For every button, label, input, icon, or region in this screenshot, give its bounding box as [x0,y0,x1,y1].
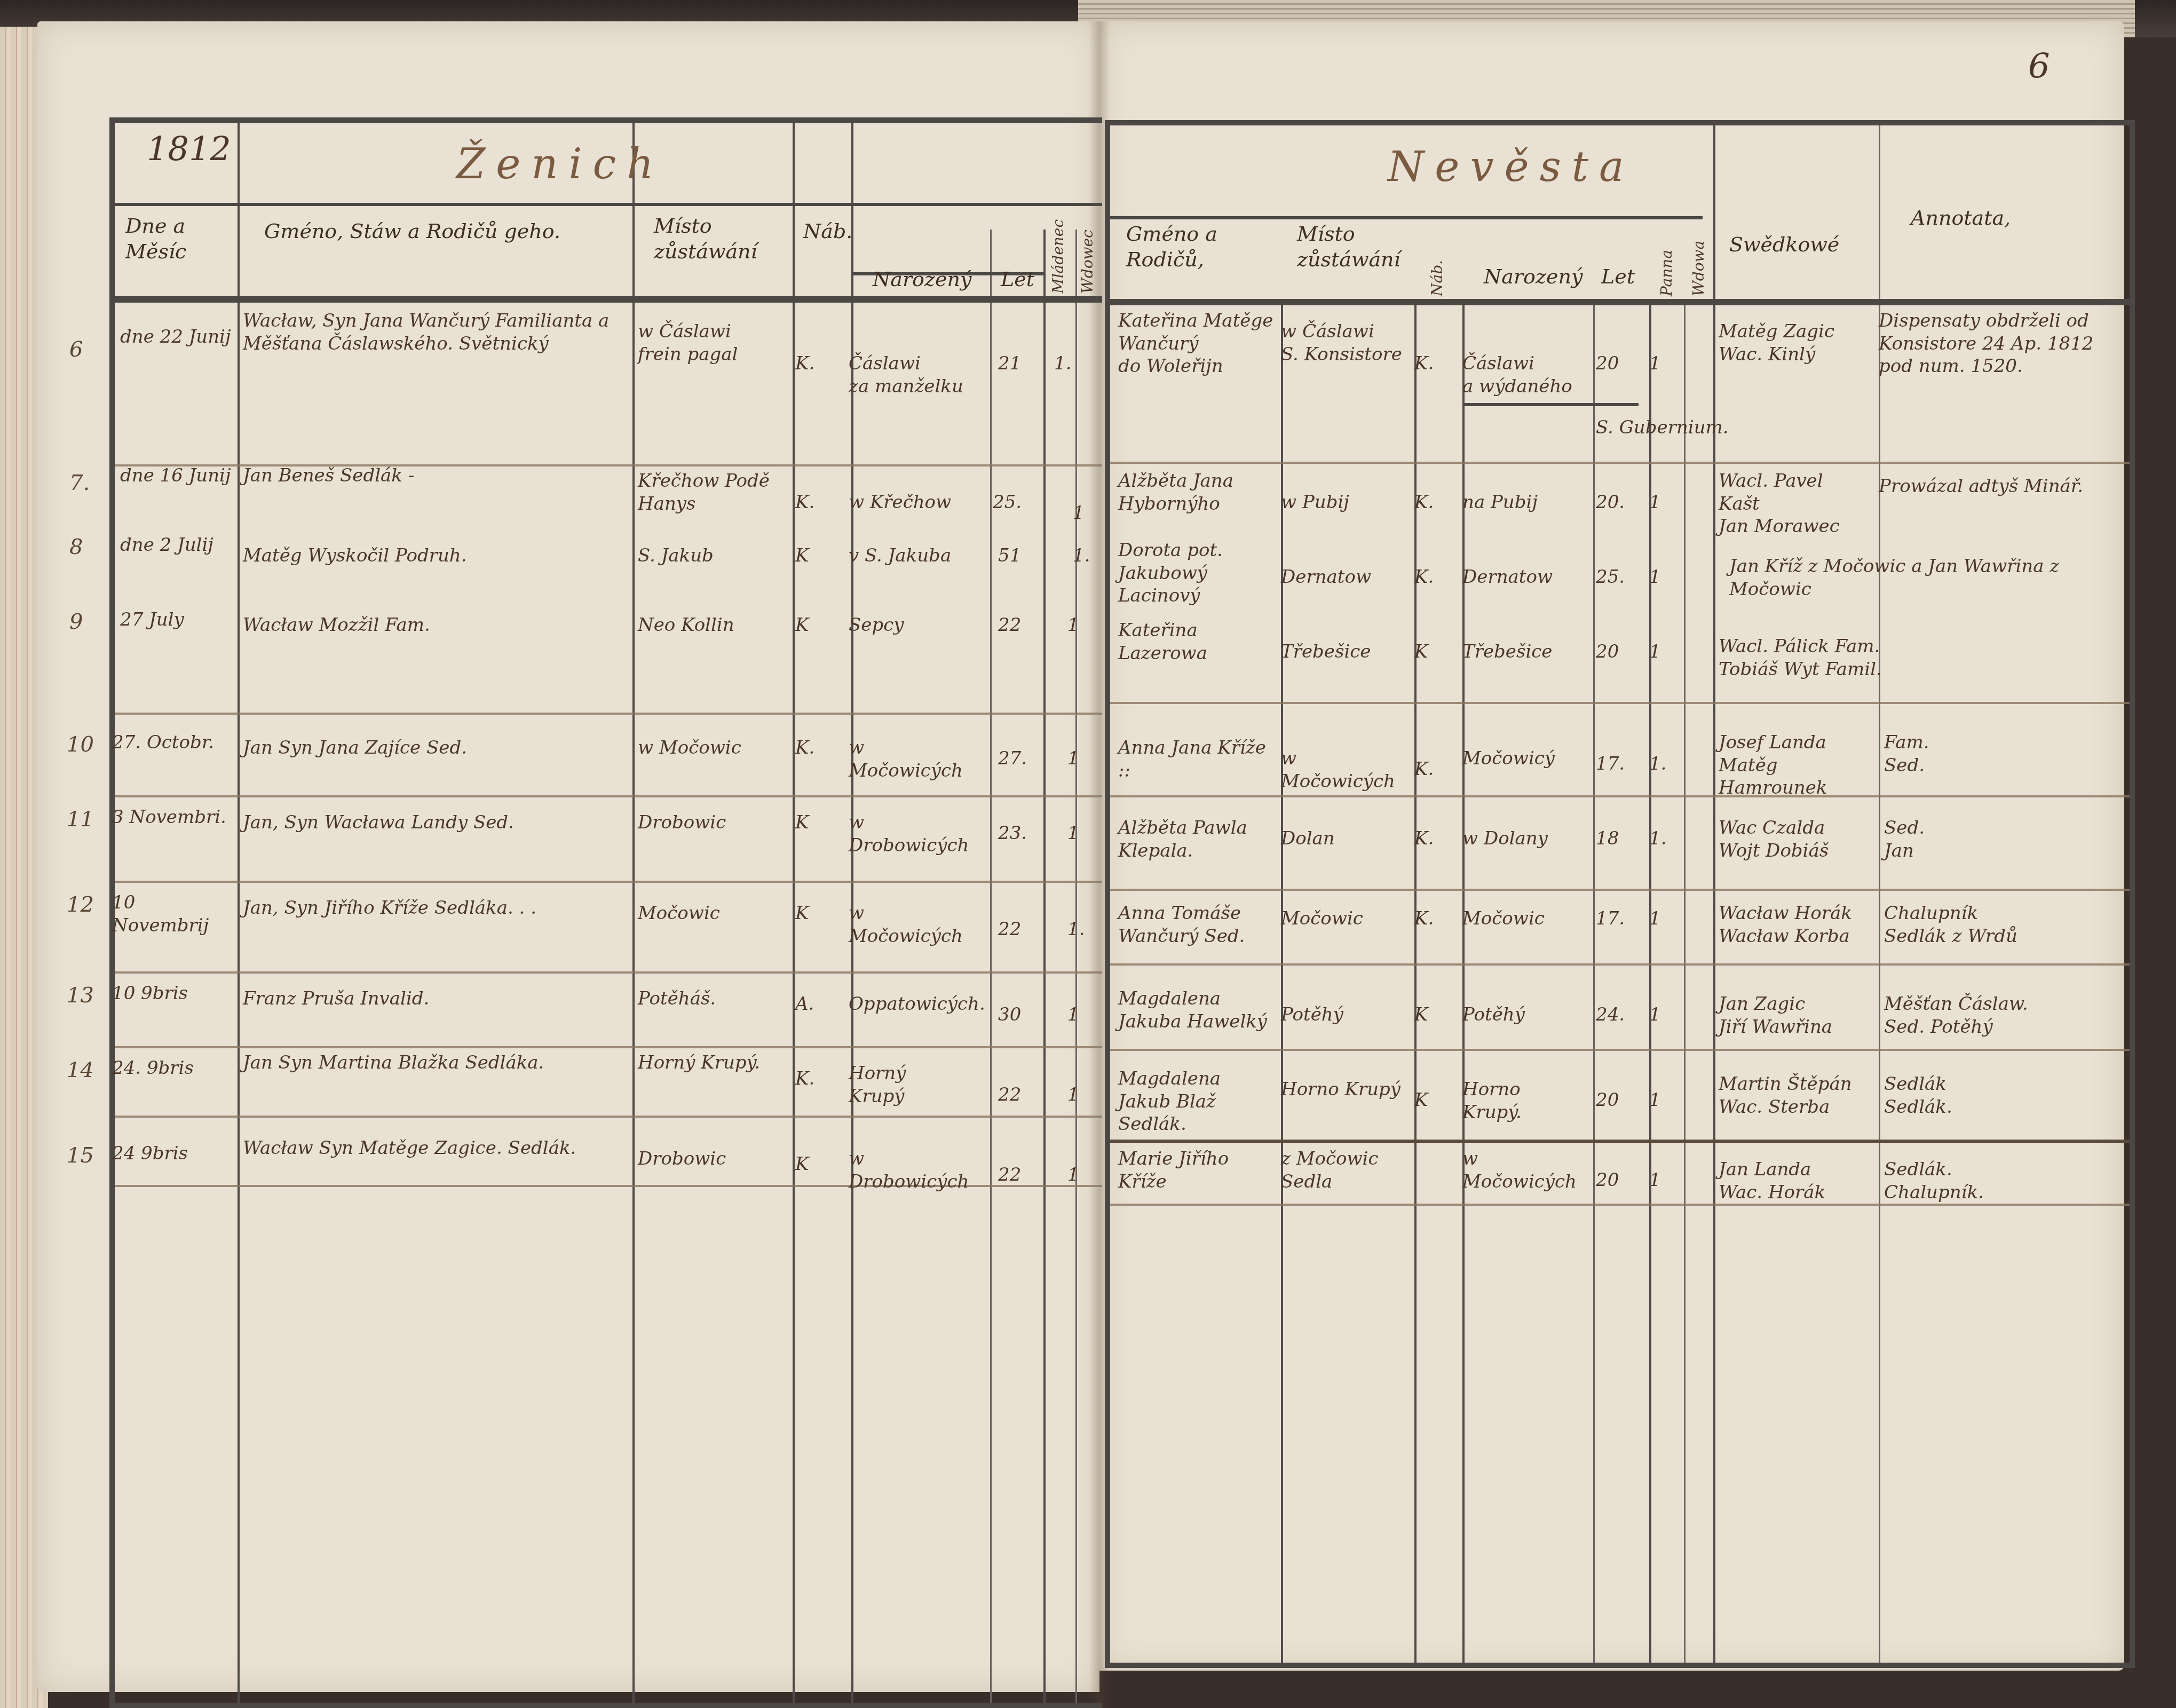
row-divider [1110,216,1703,219]
bride-birthplace: w Močowicých [1462,1148,1580,1193]
bride-status: 1 [1649,640,1661,663]
annotation: Dispensaty obdrželi od Konsistore 24 Ap.… [1879,310,2130,378]
entry-rule [1110,1204,2130,1206]
bride-age: 20 [1596,1169,1619,1192]
groom-age: 22 [998,614,1021,637]
col-divider [793,123,795,1703]
bride-status: 1 [1649,352,1661,375]
bride-status: 1. [1649,753,1666,776]
groom-status: 1. [1054,352,1071,375]
groom-birthplace: w Křečhow [849,491,951,514]
entry-rule [115,1116,1102,1118]
witnesses: Wacław Horák Wacław Korba [1719,902,1879,947]
header-bride-residence: Místo zůstáwání [1297,222,1409,272]
groom-age: 27. [998,747,1027,770]
witnesses: Wacl. Pálick Fam. Tobiáš Wyt Famil. [1719,635,2092,681]
bride-religion: K [1414,1003,1428,1026]
bride-birthplace: Čáslawi a wýdaného [1462,352,1596,398]
bride-status: 1 [1649,1169,1661,1192]
header-residence: Místo zůstáwání [654,213,782,264]
header-birthplace: Narozený [873,267,971,292]
entry-rule [1110,963,2130,966]
bride-name: Marie Jiřího Kříže [1118,1148,1278,1193]
bride-birthplace: Dernatow [1462,566,1553,589]
groom-birthplace: Horný Krupý [849,1062,966,1108]
header-bride-widow: Wdowa [1689,222,1708,296]
bride-age: 25. [1596,566,1625,589]
header-religion: Náb. [803,219,852,244]
groom-name: Matěg Wyskočil Podruh. [243,544,627,567]
bride-age: 20 [1596,640,1619,663]
bride-status: 1 [1649,1003,1661,1026]
groom-religion: K [795,1153,809,1176]
groom-status: 1 [1067,1164,1079,1187]
bride-residence: Třebešice [1281,640,1371,663]
annotation: Sedlák. Chalupník. [1884,1158,2119,1204]
groom-name: Jan, Syn Jiřího Kříže Sedláka. . . [243,897,627,920]
entry-rule [1110,889,2130,891]
bride-birthplace: Třebešice [1462,640,1552,663]
groom-name: Jan Syn Jana Zajíce Sed. [243,737,627,760]
groom-name: Jan Syn Martina Blažka Sedláka. [243,1051,627,1074]
bride-religion: K [1414,640,1428,663]
entry-rule [1110,795,2130,797]
entry-number: 14 [67,1057,94,1084]
groom-religion: K. [795,491,814,514]
annotation: Fam. Sed. [1884,731,2044,777]
entry-date: 10 Novembrij [112,891,230,937]
bride-name: Anna Tomáše Wančurý Sed. [1118,902,1278,947]
bride-birthplace: w Dolany [1462,827,1548,850]
header-rule [115,296,1102,303]
bride-age: 18 [1596,827,1619,850]
header-bride-single: Panna [1657,211,1676,296]
bride-age: 20 [1596,352,1619,375]
groom-age: 21 [998,352,1021,375]
entry-number: 15 [67,1142,94,1169]
groom-birthplace: w Drobowicých [849,1148,966,1193]
col-divider [990,230,992,1703]
bride-residence: w Pubij [1281,491,1349,514]
bride-religion: K. [1414,566,1434,589]
page-number: 6 [2028,45,2050,88]
annotation: Prowázal adtyš Minář. [1879,475,2130,498]
entry-number: 10 [67,731,94,758]
groom-religion: A. [795,993,814,1016]
entry-date: dne 22 Junij [120,326,232,349]
groom-religion: K. [795,1067,814,1090]
bride-birthplace: Močowic [1462,907,1545,930]
groom-status: 1 [1073,502,1085,525]
groom-name: Wacław Mozžil Fam. [243,614,627,637]
bride-status: 1 [1649,907,1661,930]
entry-number: 12 [67,891,94,918]
entry-number: 11 [67,806,94,833]
bride-birthplace: na Pubij [1462,491,1538,514]
groom-age: 22 [998,1084,1021,1106]
col-divider [632,123,635,1703]
entry-date: 27. Octobr. [112,731,214,754]
groom-status: 1. [1073,544,1090,567]
entry-rule [1110,462,2130,464]
bride-religion: K. [1414,352,1434,375]
entry-rule [115,971,1102,974]
witnesses: Martin Štěpán Wac. Sterba [1719,1073,1879,1118]
groom-residence: Křečhow Podě Hanys [638,470,782,515]
entry-number: 6 [69,336,83,363]
bride-residence: Horno Krupý [1281,1078,1409,1101]
header-widower: Wdowec [1078,208,1097,294]
header-bride-religion: Náb. [1428,216,1446,296]
bride-residence: Močowic [1281,907,1363,930]
annotation: Chalupník Sedlák z Wrdů [1884,902,2119,947]
row-divider [115,203,1102,206]
groom-age: 22 [998,1164,1021,1187]
overflow-note: S. Gubernium. [1596,416,1729,439]
bride-birthplace: Močowicý [1462,747,1580,770]
groom-age: 51 [998,544,1021,567]
bride-residence: w Močowicých [1281,747,1409,793]
col-divider [1684,302,1686,1663]
groom-residence: Drobowic [638,1148,726,1171]
groom-birthplace: w Drobowicých [849,811,982,857]
groom-age: 22 [998,918,1021,941]
header-bride-name: Gméno a Rodičů, [1126,222,1276,272]
groom-religion: K [795,902,809,925]
groom-birthplace: w Močowicých [849,902,982,947]
bride-age: 24. [1596,1003,1625,1026]
entry-date: 27 July [120,608,184,631]
groom-name: Jan Beneš Sedlák - [243,464,627,487]
groom-birthplace: v S. Jakuba [849,544,951,567]
bride-status: 1. [1649,827,1666,850]
groom-name: Wacław, Syn Jana Wančurý Familianta a Mě… [243,310,627,355]
witnesses: Jan Kříž z Močowic a Jan Wawřina z Močow… [1729,555,2114,600]
entry-rule [1110,702,2130,704]
groom-residence: Drobowic [638,811,726,834]
bride-status: 1 [1649,566,1661,589]
bride-name: Magdalena Jakub Blaž Sedlák. [1118,1067,1278,1136]
col-divider [1593,302,1595,1663]
bride-residence: Potěhý [1281,1003,1343,1026]
groom-status: 1 [1067,1084,1079,1106]
bride-residence: w Čáslawi S. Konsistore [1281,320,1414,366]
register-year: 1812 [147,128,231,170]
groom-birthplace: Čáslawi za manželku [849,352,982,398]
entry-rule [1110,1140,2130,1143]
header-bride-birthplace: Narozený [1484,264,1582,290]
groom-residence: Potěháš. [638,987,716,1010]
bride-residence: Dernatow [1281,566,1371,589]
header-date: Dne a Měsíc [125,213,232,264]
groom-religion: K [795,614,809,637]
bride-name: Magdalena Jakuba Hawelký [1118,987,1278,1033]
bride-residence: z Močowic Sedla [1281,1148,1409,1193]
groom-residence: w Močowic [638,737,741,760]
groom-status: 1 [1067,747,1079,770]
bride-age: 20 [1596,1089,1619,1112]
groom-residence: Močowic [638,902,720,925]
groom-status: 1 [1067,614,1079,637]
bride-name: Kateřina Lazerowa [1118,619,1278,665]
witnesses: Wacl. Pavel Kašt Jan Morawec [1719,470,1868,538]
annotation: Sedlák Sedlák. [1884,1073,2119,1118]
groom-residence: Neo Kollin [638,614,734,637]
col-divider [1075,230,1077,1703]
header-bride-age: Let [1601,264,1635,290]
groom-name: Wacław Syn Matěge Zagice. Sedlák. [243,1137,627,1160]
groom-status: 1. [1067,918,1085,941]
groom-age: 23. [998,822,1027,845]
bride-section-title: Nevěsta [1388,141,1635,194]
row-divider [1462,403,1639,406]
groom-religion: K. [795,737,814,760]
header-single: Mládenec [1049,208,1067,294]
bride-status: 1 [1649,491,1661,514]
col-divider [238,123,240,1703]
groom-residence: Horný Krupý. [638,1051,782,1074]
annotation: Měšťan Čáslaw. Sed. Potěhý [1884,993,2119,1038]
entry-rule [115,795,1102,797]
groom-religion: K [795,544,809,567]
bride-age: 17. [1596,907,1625,930]
groom-status: 1 [1067,1003,1079,1026]
bride-religion: K [1414,1089,1428,1112]
bride-name: Alžběta Pawla Klepala. [1118,817,1278,862]
header-rule [1110,299,2130,305]
witnesses: Josef Landa Matěg Hamrounek [1719,731,1879,800]
bride-age: 17. [1596,753,1625,776]
groom-age: 25. [993,491,1022,514]
bride-name: Kateřina Matěge Wančurý do Woleřijn [1118,310,1278,378]
bride-religion: K. [1414,827,1434,850]
witnesses: Matěg Zagic Wac. Kinlý [1719,320,1868,366]
header-notes: Annotata, [1911,205,2011,231]
header-groom-name: Gméno, Stáw a Rodičů geho. [264,219,611,244]
groom-birthplace: Oppatowicých. [849,993,982,1016]
bride-residence: Dolan [1281,827,1335,850]
groom-age: 30 [998,1003,1021,1026]
col-divider [1713,125,1715,1663]
groom-residence: w Čáslawi frein pagal [638,320,793,366]
bride-name: Dorota pot. Jakubowý Lacinový [1118,539,1278,607]
entry-date: 24 9bris [112,1142,188,1165]
bride-name: Alžběta Jana Hybornýho [1118,470,1278,515]
groom-residence: S. Jakub [638,544,714,567]
entry-rule [115,881,1102,883]
entry-number: 7. [69,470,90,496]
groom-section-title: Ženich [456,139,664,191]
groom-name: Jan, Syn Wacława Landy Sed. [243,811,627,834]
header-witnesses: Swědkowé [1729,232,1839,258]
entry-number: 9 [69,608,83,635]
witnesses: Jan Landa Wac. Horák [1719,1158,1879,1204]
entry-number: 8 [69,534,83,560]
entry-date: 10 9bris [112,982,188,1005]
entry-date: 3 Novembri. [112,806,230,829]
groom-status: 1 [1067,822,1079,845]
entry-date: dne 2 Julij [120,534,232,557]
bride-religion: K. [1414,491,1434,514]
bride-birthplace: Potěhý [1462,1003,1525,1026]
header-age: Let [1001,267,1034,292]
entry-number: 13 [67,982,94,1009]
groom-birthplace: Sepcy [849,614,904,637]
entry-date: 24. 9bris [112,1057,194,1080]
annotation: Sed. Jan [1884,817,2044,862]
col-divider [1043,230,1046,1703]
witnesses: Wac Czalda Wojt Dobiáš [1719,817,1879,862]
bride-name: Anna Jana Kříže :: [1118,737,1278,782]
entry-rule [115,713,1102,715]
bride-birthplace: Horno Krupý. [1462,1078,1580,1124]
bride-status: 1 [1649,1089,1661,1112]
groom-religion: K [795,811,809,834]
entry-rule [1110,1049,2130,1051]
entry-date: dne 16 Junij [120,464,232,487]
bride-age: 20. [1596,491,1625,514]
entry-rule [115,1046,1102,1048]
witnesses: Jan Zagic Jiří Wawřina [1719,993,1879,1038]
bride-religion: K. [1414,907,1434,930]
groom-birthplace: w Močowicých [849,737,982,782]
groom-name: Franz Pruša Invalid. [243,987,627,1010]
bride-religion: K. [1414,758,1434,781]
groom-religion: K. [795,352,814,375]
